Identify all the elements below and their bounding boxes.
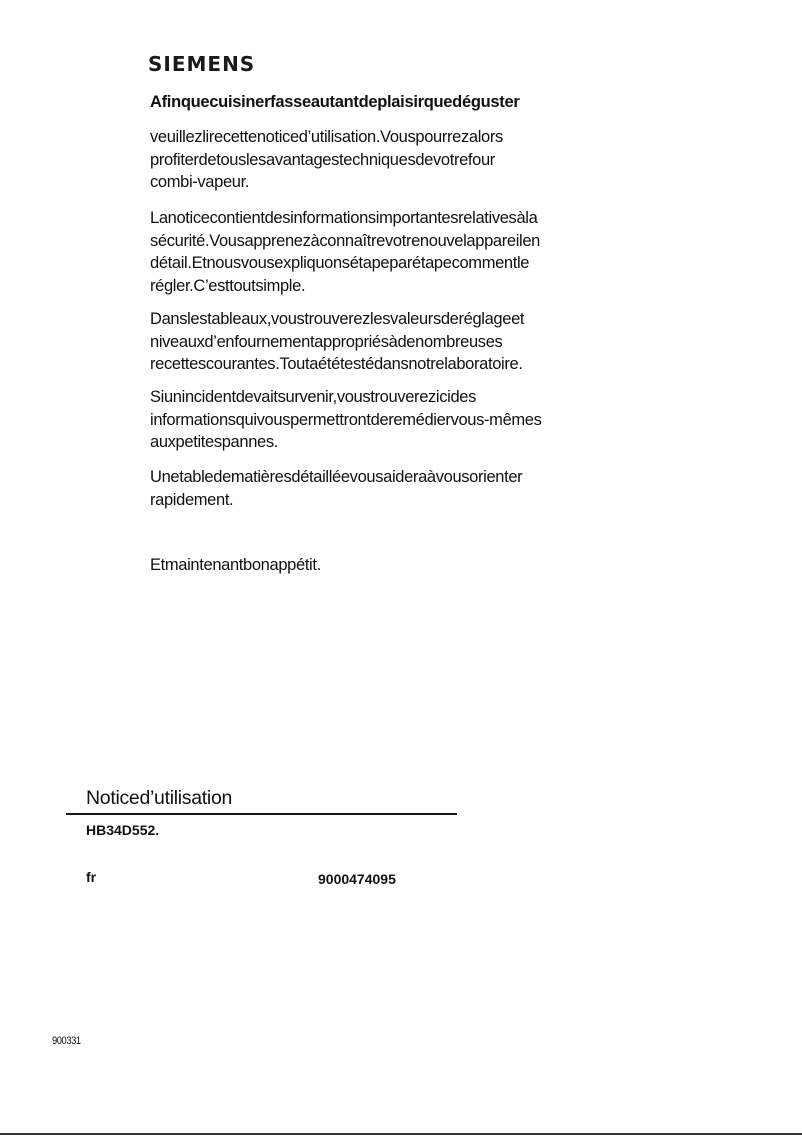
language-code: fr — [86, 869, 96, 885]
intro-paragraph: Lanoticecontientdesinformationsimportant… — [150, 207, 630, 297]
intro-paragraph: Unetabledematièresdétailléevousaideraàvo… — [150, 466, 630, 511]
document-title: Noticed’utilisation — [86, 787, 232, 810]
intro-paragraph: veuillezlirecettenoticed’utilisation.Vou… — [150, 126, 630, 194]
document-number: 9000474095 — [318, 871, 396, 887]
intro-heading: Afinquecuisinerfasseautantdeplaisirquedé… — [150, 93, 519, 112]
title-divider — [66, 813, 457, 815]
intro-paragraph: Danslestableaux,voustrouverezlesvaleursd… — [150, 308, 630, 376]
model-number: HB34D552. — [86, 822, 159, 838]
footer-code: 900331 — [52, 1035, 81, 1047]
page-bottom-divider — [0, 1133, 802, 1135]
intro-paragraph: Siunincidentdevaitsurvenir,voustrouverez… — [150, 386, 630, 454]
brand-logo: SIEMENS — [148, 52, 255, 76]
closing-line: Etmaintenantbonappétit. — [150, 556, 321, 575]
